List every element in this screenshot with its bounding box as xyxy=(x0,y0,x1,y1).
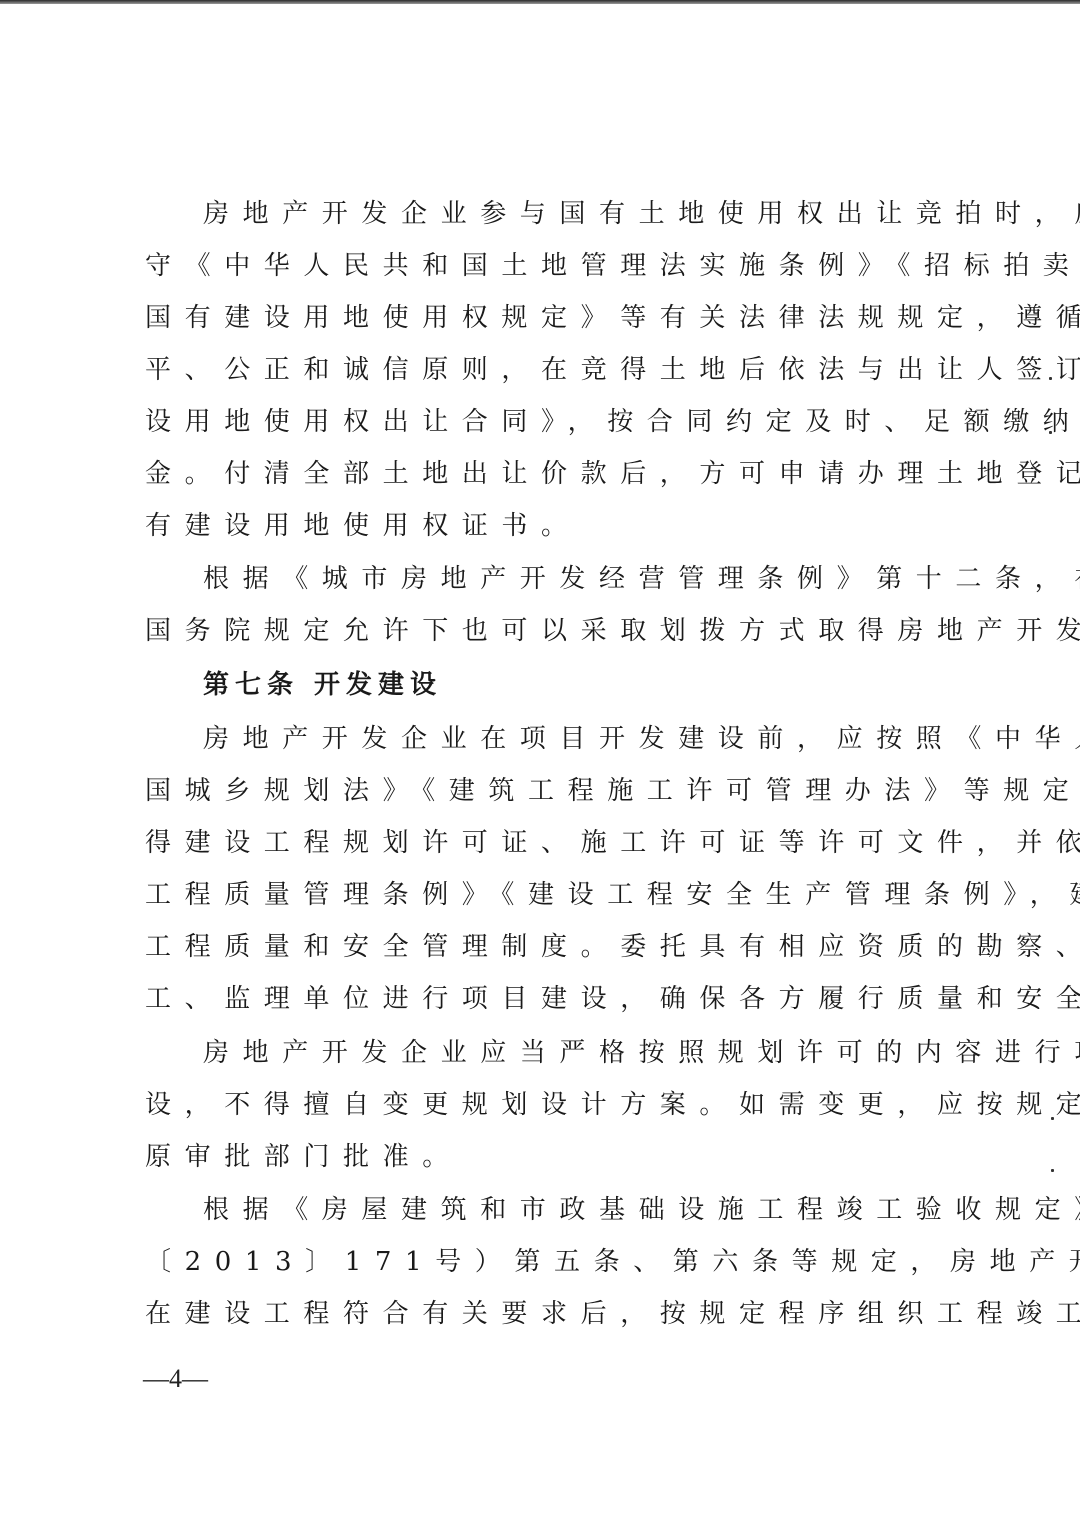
paragraph-line: 根据《城市房地产开发经营管理条例》第十二条，在法律和 xyxy=(203,559,1080,599)
paragraph-line: 设，不得擅自变更规划设计方案。如需变更，应按规定程序报经 xyxy=(145,1085,1080,1125)
paragraph-line: 设用地使用权出让合同》，按合同约定及时、足额缴纳土地出让 xyxy=(145,402,1080,442)
paragraph-line: 房地产开发企业参与国有土地使用权出让竞拍时，应严格遵 xyxy=(203,194,1080,234)
paragraph-line: 金。付清全部土地出让价款后，方可申请办理土地登记，领取国 xyxy=(145,454,1080,494)
paragraph-line: 工、监理单位进行项目建设，确保各方履行质量和安全责任。 xyxy=(145,979,1080,1019)
paragraph-line: 国有建设用地使用权规定》等有关法律法规规定，遵循公开、公 xyxy=(145,298,1080,338)
page-number: —4— xyxy=(143,1364,208,1394)
paragraph-line: 有建设用地使用权证书。 xyxy=(145,506,581,546)
paragraph-line: 〔2013〕171号）第五条、第六条等规定，房地产开发企业应当 xyxy=(145,1242,1080,1282)
paragraph-line: 国务院规定允许下也可以采取划拨方式取得房地产开发用地。 xyxy=(145,611,1080,651)
scan-speck xyxy=(1049,377,1052,380)
paragraph-line: 工程质量和安全管理制度。委托具有相应资质的勘察、设计、施 xyxy=(145,927,1080,967)
paragraph-line: 国城乡规划法》《建筑工程施工许可管理办法》等规定，依法取 xyxy=(145,771,1080,811)
scan-speck xyxy=(1049,431,1052,434)
paragraph-line: 工程质量管理条例》《建设工程安全生产管理条例》，建立健全 xyxy=(145,875,1080,915)
paragraph-line: 平、公正和诚信原则，在竞得土地后依法与出让人签订《国有建 xyxy=(145,350,1080,390)
paragraph-line: 原审批部门批准。 xyxy=(145,1137,462,1177)
section-heading: 第七条 开发建设 xyxy=(203,665,442,705)
paragraph-line: 守《中华人民共和国土地管理法实施条例》《招标拍卖挂牌出让 xyxy=(145,246,1080,286)
scan-speck xyxy=(1051,1169,1054,1172)
scan-speck xyxy=(1051,1117,1054,1120)
paragraph-line: 房地产开发企业在项目开发建设前，应按照《中华人民共和 xyxy=(203,719,1080,759)
paragraph-line: 得建设工程规划许可证、施工许可证等许可文件，并依据《建设 xyxy=(145,823,1080,863)
paragraph-line: 在建设工程符合有关要求后，按规定程序组织工程竣工验收。 xyxy=(145,1294,1080,1334)
scan-top-edge xyxy=(0,0,1080,4)
paragraph-line: 房地产开发企业应当严格按照规划许可的内容进行项目建 xyxy=(203,1033,1080,1073)
paragraph-line: 根据《房屋建筑和市政基础设施工程竣工验收规定》（建质 xyxy=(203,1190,1080,1230)
